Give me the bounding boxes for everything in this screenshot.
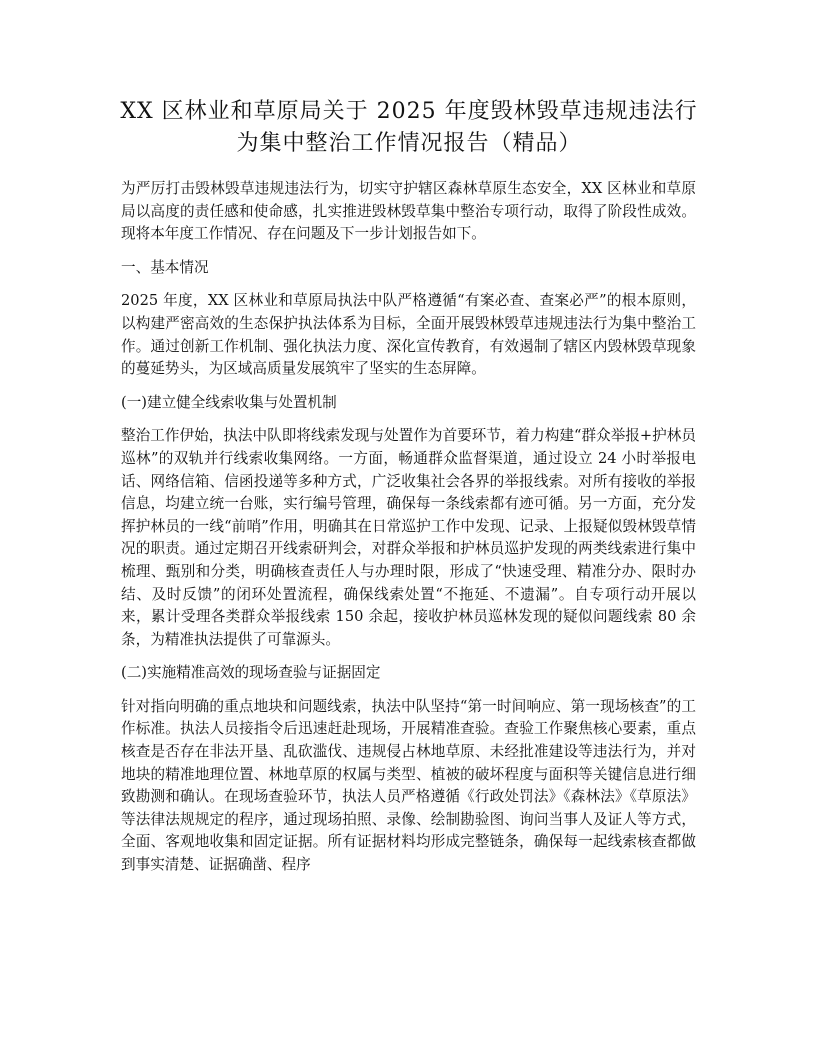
subsection-heading-clue-mechanism: (一)建立健全线索收集与处置机制	[121, 392, 696, 415]
subsection-paragraph-site-inspection: 针对指向明确的重点地块和问题线索，执法中队坚持“第一时间响应、第一现场核查”的工…	[121, 696, 696, 877]
section-paragraph-basic-situation: 2025 年度，XX 区林业和草原局执法中队严格遵循“有案必查、查案必严”的根本…	[121, 290, 696, 380]
intro-paragraph: 为严厉打击毁林毁草违规违法行为，切实守护辖区森林草原生态安全，XX 区林业和草原…	[121, 178, 696, 246]
title-line-1: XX 区林业和草原局关于 2025 年度毁林毁草违规违法行	[109, 96, 709, 128]
document-title: XX 区林业和草原局关于 2025 年度毁林毁草违规违法行 为集中整治工作情况报…	[109, 96, 709, 160]
title-line-2: 为集中整治工作情况报告（精品）	[109, 128, 709, 160]
subsection-heading-site-inspection: (二)实施精准高效的现场查验与证据固定	[121, 662, 696, 685]
section-heading-basic-situation: 一、基本情况	[121, 257, 696, 280]
document-page: XX 区林业和草原局关于 2025 年度毁林毁草违规违法行 为集中整治工作情况报…	[121, 96, 696, 888]
subsection-paragraph-clue-mechanism: 整治工作伊始，执法中队即将线索发现与处置作为首要环节，着力构建“群众举报+护林员…	[121, 425, 696, 651]
